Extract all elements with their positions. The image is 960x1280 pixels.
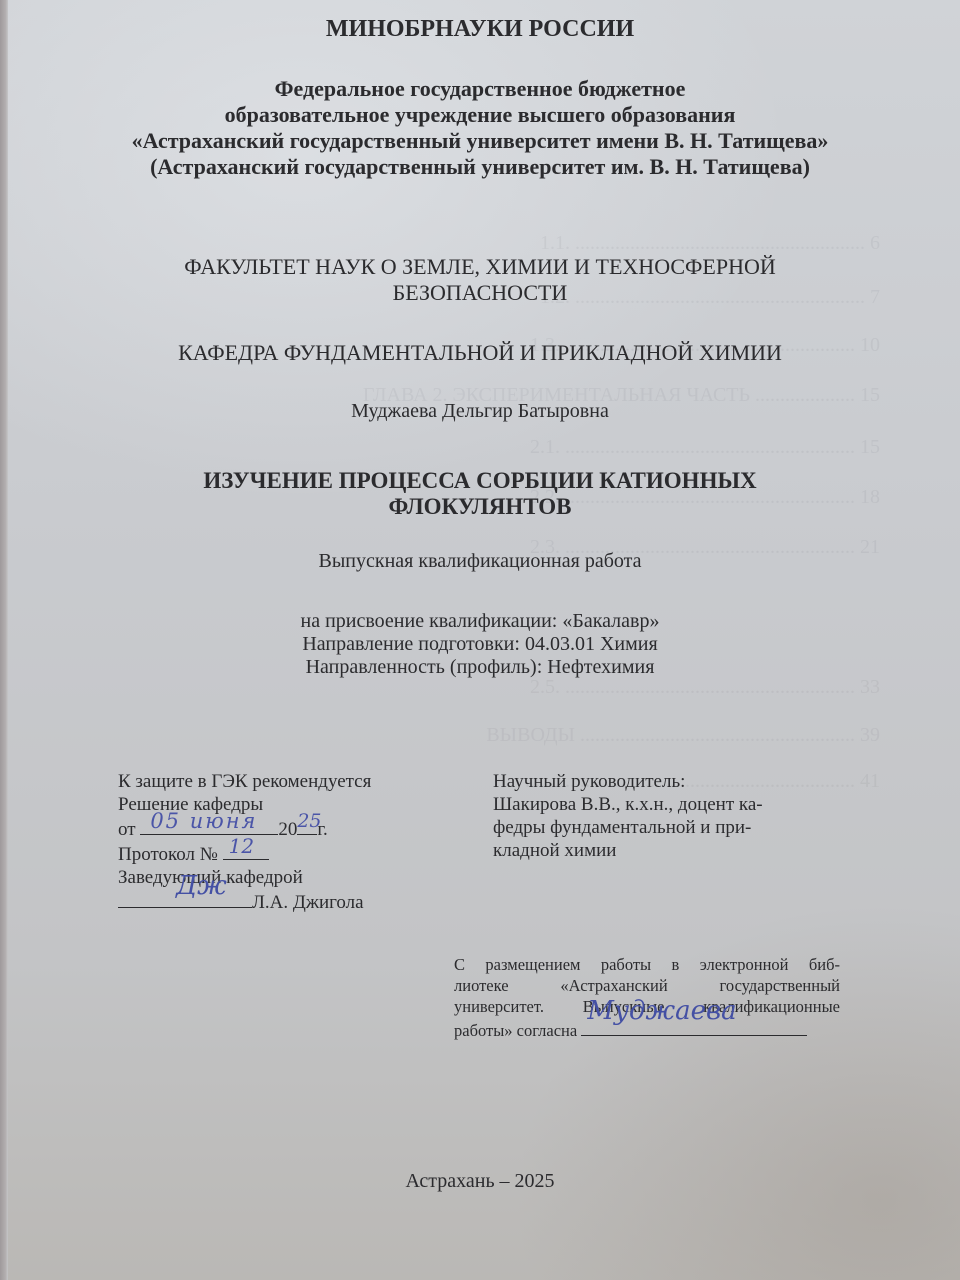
date-blank: 05 июня [140, 816, 278, 835]
work-type: Выпускная квалификационная работа [0, 550, 960, 573]
consent-line: лиотеке «Астраханский государственный [454, 975, 840, 996]
handwritten-protocol-number: 12 [229, 835, 254, 858]
protocol-blank: 12 [223, 841, 269, 860]
thesis-title-line: ФЛОКУЛЯНТОВ [0, 494, 960, 520]
approval-recommendation: К защите в ГЭК рекомендуется [118, 770, 448, 793]
library-consent-block: С размещением работы в электронной биб- … [454, 954, 840, 1041]
supervisor-block: Научный руководитель: Шакирова В.В., к.х… [493, 770, 823, 862]
faculty-name: ФАКУЛЬТЕТ НАУК О ЗЕМЛЕ, ХИМИИ И ТЕХНОСФЕ… [0, 254, 960, 306]
head-signature: Дж [176, 875, 227, 898]
department-name: КАФЕДРА ФУНДАМЕНТАЛЬНОЙ И ПРИКЛАДНОЙ ХИМ… [0, 340, 960, 366]
supervisor-label: Научный руководитель: [493, 770, 823, 793]
qualification-info: на присвоение квалификации: «Бакалавр» Н… [0, 610, 960, 679]
author-signature: Муджаева [587, 1001, 736, 1022]
institution-line: Федеральное государственное бюджетное [0, 76, 960, 102]
document-page: 1.1. ...................................… [0, 0, 960, 1280]
handwritten-date: 05 июня [150, 810, 257, 833]
institution-line: образовательное учреждение высшего образ… [0, 102, 960, 128]
supervisor-line: кладной химии [493, 839, 823, 862]
profile-line: Направленность (профиль): Нефтехимия [0, 656, 960, 679]
bleed-through-text: 2.5. ...................................… [530, 676, 880, 699]
city-year: Астрахань – 2025 [0, 1170, 960, 1193]
department-head-line: Дж Л.А. Джигола [118, 889, 448, 914]
defense-approval-block: К защите в ГЭК рекомендуется Решение каф… [118, 770, 448, 914]
consent-signature-line: работы» согласна Муджаева [454, 1017, 840, 1041]
bleed-through-text: 1.1. ...................................… [540, 232, 880, 255]
author-name: Муджаева Дельгир Батыровна [0, 400, 960, 423]
supervisor-line: федры фундаментальной и при- [493, 816, 823, 839]
author-signature-blank: Муджаева [581, 1017, 807, 1036]
thesis-title-line: ИЗУЧЕНИЕ ПРОЦЕССА СОРБЦИИ КАТИОННЫХ [0, 468, 960, 494]
approval-date-line: от 05 июня 20 25 г. [118, 816, 448, 841]
institution-line: «Астраханский государственный университе… [0, 128, 960, 154]
bleed-through-text: 2.1. ...................................… [530, 436, 880, 459]
supervisor-line: Шакирова В.В., к.х.н., доцент ка- [493, 793, 823, 816]
protocol-line: Протокол № 12 [118, 841, 448, 866]
year-blank: 25 [297, 816, 317, 835]
institution-line: (Астраханский государственный университе… [0, 154, 960, 180]
faculty-line: ФАКУЛЬТЕТ НАУК О ЗЕМЛЕ, ХИМИИ И ТЕХНОСФЕ… [0, 254, 960, 280]
qualification-line: на присвоение квалификации: «Бакалавр» [0, 610, 960, 633]
bleed-through-text: ВЫВОДЫ .................................… [486, 724, 880, 747]
training-direction-line: Направление подготовки: 04.03.01 Химия [0, 633, 960, 656]
handwritten-year: 25 [297, 810, 321, 833]
head-signature-blank: Дж [118, 889, 252, 908]
thesis-title: ИЗУЧЕНИЕ ПРОЦЕССА СОРБЦИИ КАТИОННЫХ ФЛОК… [0, 468, 960, 520]
faculty-line: БЕЗОПАСНОСТИ [0, 280, 960, 306]
department-head-label: Заведующий кафедрой [118, 866, 448, 889]
ministry-heading: МИНОБРНАУКИ РОССИИ [0, 16, 960, 43]
institution-name: Федеральное государственное бюджетное об… [0, 76, 960, 180]
consent-line: С размещением работы в электронной биб- [454, 954, 840, 975]
